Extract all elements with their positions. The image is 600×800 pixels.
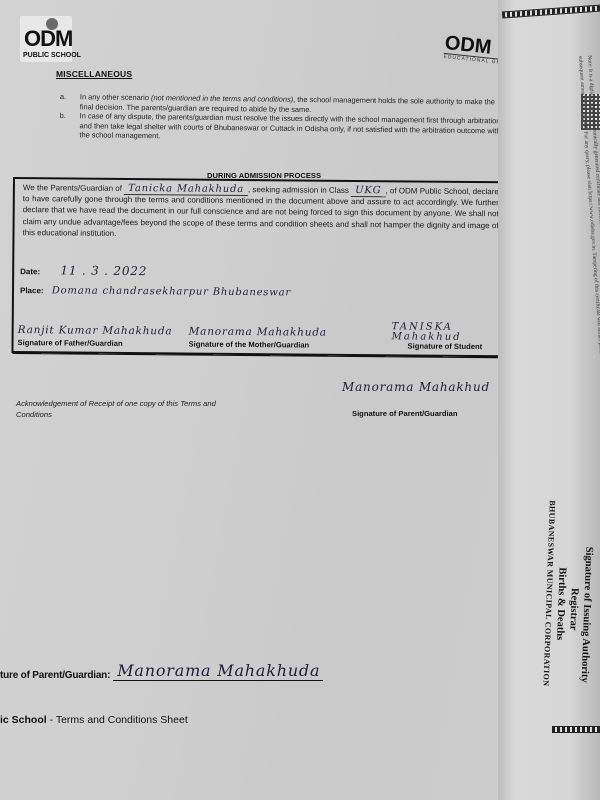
declaration-text: We the Parents/Guardian of Tanicka Mahak… <box>22 182 498 242</box>
logo-text: ODM <box>24 28 72 50</box>
declaration-box: We the Parents/Guardian of Tanicka Mahak… <box>11 177 507 357</box>
acknowledgement-text: Acknowledgement of Receipt of one copy o… <box>16 398 216 420</box>
class-field[interactable]: UKG <box>351 185 385 197</box>
student-signature[interactable]: TANISKAMahakhud <box>392 322 462 343</box>
acknowledgement-signature[interactable]: Manorama Mahakhud <box>342 380 490 394</box>
date-label: Date: <box>20 267 40 276</box>
issuing-authority-block: Signature of Issuing Authority Registrar… <box>538 468 598 760</box>
misc-item-b: b. In case of any dispute, the parents/g… <box>59 111 505 145</box>
place-label: Place: <box>20 286 44 295</box>
decorative-border <box>552 726 600 733</box>
father-signature[interactable]: Ranjit Kumar Mahakhuda <box>18 324 173 337</box>
bottom-signature-label: ture of Parent/Guardian: <box>0 670 110 681</box>
mother-signature-label: Signature of the Mother/Guardian <box>189 340 310 350</box>
bottom-signature: Manorama Mahakhuda <box>117 661 320 680</box>
date-row: Date: 11 . 3 . 2022 <box>20 263 147 278</box>
odm-educational-group-logo: ODM EDUCATIONAL GROUP <box>442 33 505 73</box>
miscellaneous-heading: MISCELLANEOUS <box>56 69 132 79</box>
logo-subtext: PUBLIC SCHOOL <box>23 52 81 60</box>
student-name-field[interactable]: Tanicka Mahakhuda <box>124 183 248 196</box>
acknowledgement-signature-label: Signature of Parent/Guardian <box>352 409 458 418</box>
misc-item-letter: b. <box>59 111 79 140</box>
birth-certificate-page: Note: It is a digitally signed electroni… <box>498 0 600 800</box>
father-signature-block: Ranjit Kumar Mahakhuda Signature of Fath… <box>18 338 123 348</box>
student-signature-block: TANISKAMahakhud Signature of Student <box>408 341 483 351</box>
misc-item-letter: a. <box>60 92 80 111</box>
mother-signature-block: Manorama Mahakhuda Signature of the Moth… <box>189 340 310 350</box>
mother-signature[interactable]: Manorama Mahakhuda <box>189 326 327 339</box>
miscellaneous-list: a. In any other scenario (not mentioned … <box>59 92 506 145</box>
page-footer: ic School - Terms and Conditions Sheet <box>0 714 188 726</box>
decorative-border <box>502 5 600 19</box>
certificate-note: Note: It is a digitally signed electroni… <box>575 55 600 515</box>
bottom-signature-line[interactable]: Manorama Mahakhuda <box>113 666 323 681</box>
misc-item-text: In case of any dispute, the parents/guar… <box>79 111 505 145</box>
father-signature-label: Signature of Father/Guardian <box>18 338 123 348</box>
bottom-signature-row: ture of Parent/Guardian: Manorama Mahakh… <box>0 666 323 681</box>
student-signature-label: Signature of Student <box>408 341 483 351</box>
place-row: Place: Domana chandrasekharpur Bhubanesw… <box>20 285 291 298</box>
odm-public-school-logo: ODM PUBLIC SCHOOL <box>20 16 72 62</box>
place-field[interactable]: Domana chandrasekharpur Bhubaneswar <box>52 285 291 298</box>
terms-conditions-page: ODM PUBLIC SCHOOL ODM EDUCATIONAL GROUP … <box>0 0 512 800</box>
date-field[interactable]: 11 . 3 . 2022 <box>60 263 147 278</box>
